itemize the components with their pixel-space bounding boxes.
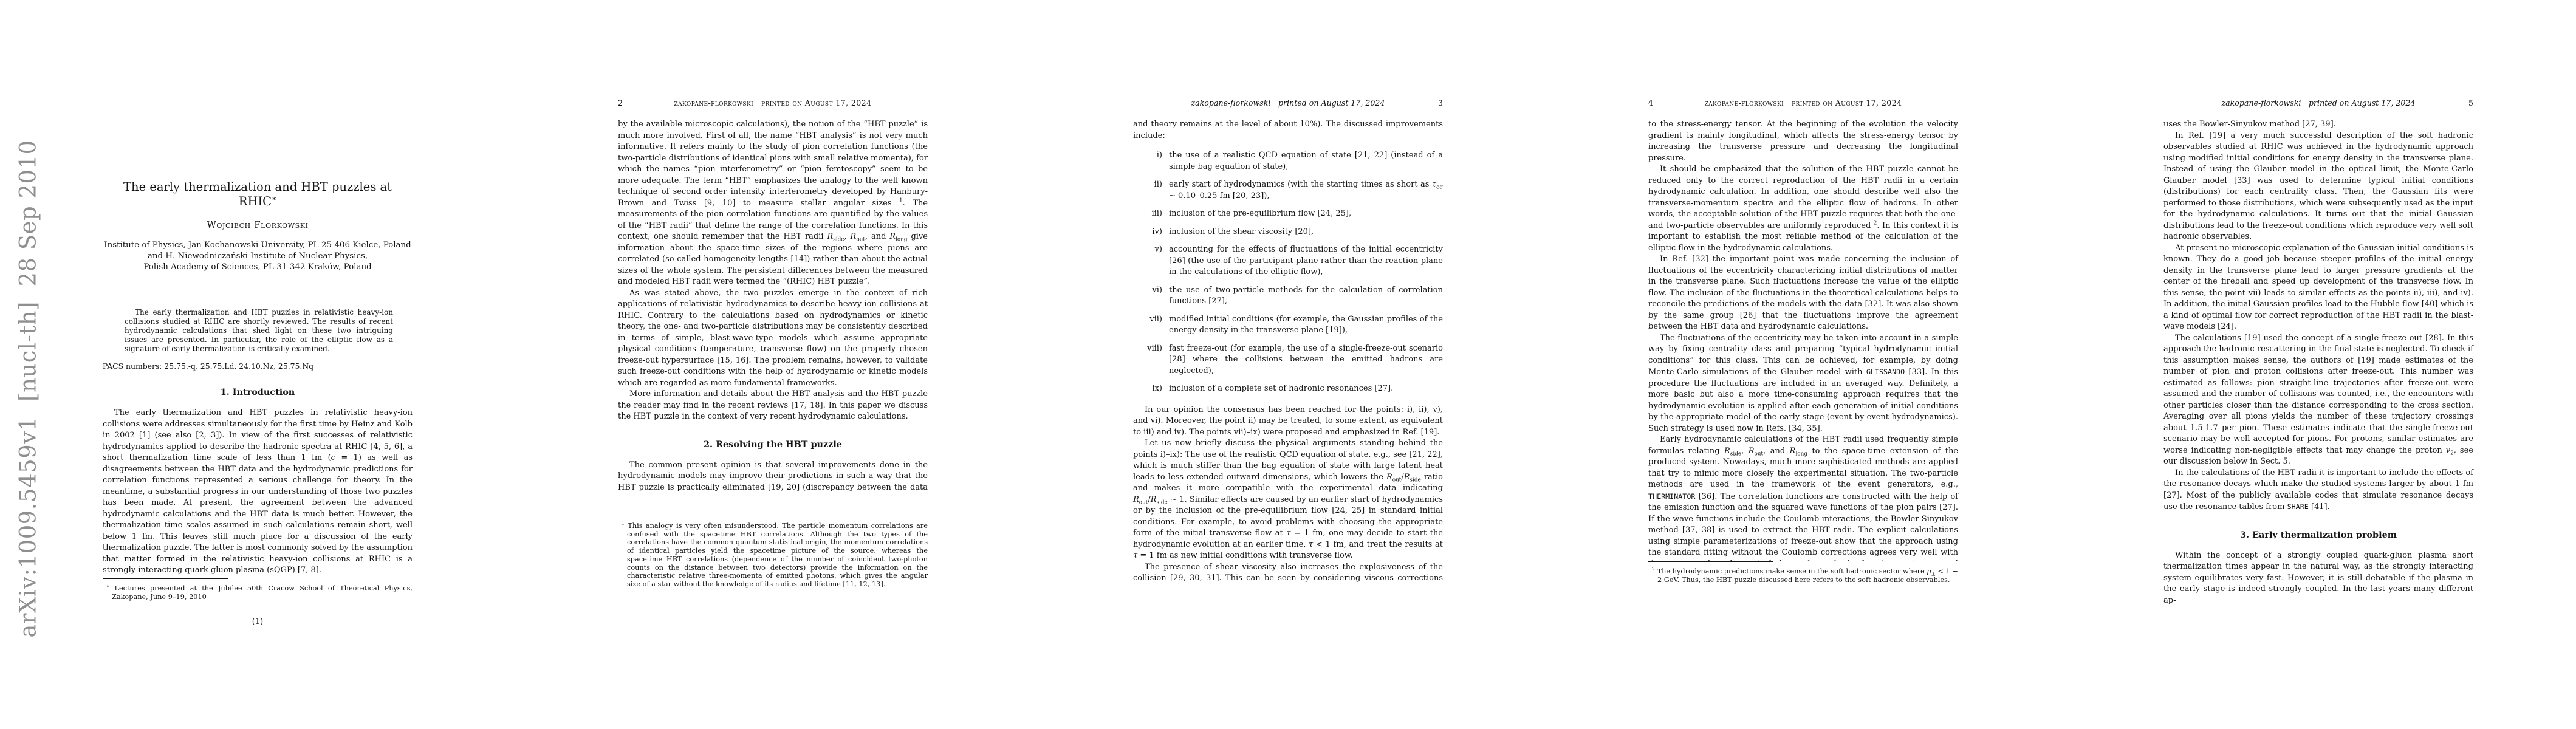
footnote-block: 1 This analogy is very often misundersto…	[618, 516, 928, 589]
list-item-label: vii)	[1133, 314, 1169, 337]
affiliation-line: and H. Niewodniczański Institute of Nucl…	[103, 251, 413, 262]
list-item-text: the use of a realistic QCD equation of s…	[1169, 150, 1443, 173]
paper-title: The early thermalization and HBT puzzles…	[103, 180, 413, 209]
paragraph: by the available microscopic calculation…	[618, 119, 928, 288]
list-item-label: vi)	[1133, 285, 1169, 307]
list-item-label: ix)	[1133, 383, 1169, 395]
list-item: v) accounting for the effects of fluctua…	[1133, 244, 1443, 278]
list-item: iv) inclusion of the shear viscosity [20…	[1133, 227, 1443, 238]
paragraph: The presence of shear viscosity also inc…	[1133, 562, 1443, 584]
running-head: 2 zakopane-florkowski printed on August …	[618, 98, 928, 108]
list-item-text: inclusion of a complete set of hadronic …	[1169, 383, 1443, 395]
running-head-text: zakopane-florkowski printed on August 17…	[2189, 98, 2448, 108]
running-head: zakopane-florkowski printed on August 17…	[1133, 98, 1443, 108]
list-item: ii) early start of hydrodynamics (with t…	[1133, 179, 1443, 202]
footnote: 1 This analogy is very often misundersto…	[618, 522, 928, 589]
paragraph: Let us now briefly discuss the physical …	[1133, 438, 1443, 562]
paragraph: More information and details about the H…	[618, 389, 928, 423]
author-name: Wojciech Florkowski	[103, 219, 413, 230]
page-number: 4	[1648, 98, 1674, 108]
paragraph: to the stress-energy tensor. At the begi…	[1648, 119, 1958, 164]
paragraph: uses the Bowler-Sinyukov method [27, 39]…	[2163, 119, 2473, 131]
affiliation: Institute of Physics, Jan Kochanowski Un…	[103, 240, 413, 273]
paragraph: At present no microscopic explanation of…	[2163, 243, 2473, 333]
running-head: 4 zakopane-florkowski printed on August …	[1648, 98, 1958, 108]
list-item-text: modified initial conditions (for example…	[1169, 314, 1443, 337]
paragraph: In Ref. [32] the important point was mad…	[1648, 254, 1958, 333]
section-heading-introduction: 1. Introduction	[103, 387, 413, 397]
paragraph: The fluctuations of the eccentricity may…	[1648, 333, 1958, 435]
paragraph: The early thermalization and HBT puzzles…	[103, 408, 413, 577]
paragraph: The calculations [19] used the concept o…	[2163, 333, 2473, 468]
list-item-label: ii)	[1133, 179, 1169, 202]
page-4: 4 zakopane-florkowski printed on August …	[1546, 0, 2061, 729]
running-head: zakopane-florkowski printed on August 17…	[2163, 98, 2473, 108]
list-item-label: viii)	[1133, 343, 1169, 377]
page-footer-number: (1)	[0, 617, 515, 626]
page-3: zakopane-florkowski printed on August 17…	[1030, 0, 1546, 729]
list-item: vi) the use of two-particle methods for …	[1133, 285, 1443, 307]
list-item-text: the use of two-particle methods for the …	[1169, 285, 1443, 307]
paragraph: The common present opinion is that sever…	[618, 460, 928, 494]
paragraph: and theory remains at the level of about…	[1133, 119, 1443, 142]
page-5: zakopane-florkowski printed on August 17…	[2061, 0, 2576, 729]
page-1: arXiv:1009.5459v1 [nucl-th] 28 Sep 2010 …	[0, 0, 515, 729]
list-item-label: v)	[1133, 244, 1169, 278]
page-number: 5	[2448, 98, 2473, 108]
list-item-text: accounting for the effects of fluctuatio…	[1169, 244, 1443, 278]
paragraph: It should be emphasized that the solutio…	[1648, 164, 1958, 254]
list-item-label: iii)	[1133, 208, 1169, 220]
page-number: 2	[618, 98, 643, 108]
list-item-text: fast freeze-out (for example, the use of…	[1169, 343, 1443, 377]
list-item-text: early start of hydrodynamics (with the s…	[1169, 179, 1443, 202]
footnote-rule	[618, 516, 743, 516]
pacs-line: PACS numbers: 25.75.-q, 25.75.Ld, 24.10.…	[103, 361, 413, 371]
footnote-rule	[1648, 561, 1773, 562]
page-number: 3	[1417, 98, 1443, 108]
abstract: The early thermalization and HBT puzzles…	[125, 308, 393, 354]
footnote: ∗ Lectures presented at the Jubilee 50th…	[103, 584, 413, 601]
running-head-text: zakopane-florkowski printed on August 17…	[1159, 98, 1417, 108]
list-item-label: i)	[1133, 150, 1169, 173]
section-heading-early-thermalization: 3. Early thermalization problem	[2163, 530, 2473, 540]
paragraph: As was stated above, the two puzzles eme…	[618, 288, 928, 389]
footnote-block: 2 The hydrodynamic predictions make sens…	[1648, 561, 1958, 584]
affiliation-line: Polish Academy of Sciences, PL-31-342 Kr…	[103, 262, 413, 273]
paragraph: In the calculations of the HBT radii it …	[2163, 468, 2473, 513]
list-item: i) the use of a realistic QCD equation o…	[1133, 150, 1443, 173]
running-head-text: zakopane-florkowski printed on August 17…	[643, 98, 902, 108]
list-item: iii) inclusion of the pre-equilibrium fl…	[1133, 208, 1443, 220]
footnote-block: ∗ Lectures presented at the Jubilee 50th…	[103, 578, 413, 601]
list-item: ix) inclusion of a complete set of hadro…	[1133, 383, 1443, 395]
page-2: 2 zakopane-florkowski printed on August …	[515, 0, 1030, 729]
list-item: vii) modified initial conditions (for ex…	[1133, 314, 1443, 337]
paragraph: In Ref. [19] a very much successful desc…	[2163, 131, 2473, 243]
paragraph: Early hydrodynamic calculations of the H…	[1648, 434, 1958, 570]
list-item-text: inclusion of the shear viscosity [20],	[1169, 227, 1443, 238]
paragraph: In our opinion the consensus has been re…	[1133, 405, 1443, 439]
improvements-list: i) the use of a realistic QCD equation o…	[1133, 150, 1443, 395]
affiliation-line: Institute of Physics, Jan Kochanowski Un…	[103, 240, 413, 251]
paper-pages-strip: arXiv:1009.5459v1 [nucl-th] 28 Sep 2010 …	[0, 0, 2576, 729]
footnote: 2 The hydrodynamic predictions make sens…	[1648, 567, 1958, 584]
section-heading-resolving-hbt: 2. Resolving the HBT puzzle	[618, 439, 928, 450]
arxiv-watermark: arXiv:1009.5459v1 [nucl-th] 28 Sep 2010	[15, 140, 41, 637]
list-item-text: inclusion of the pre-equilibrium flow [2…	[1169, 208, 1443, 220]
paragraph: Within the concept of a strongly coupled…	[2163, 550, 2473, 607]
footnote-rule	[103, 578, 228, 579]
list-item-label: iv)	[1133, 227, 1169, 238]
list-item: viii) fast freeze-out (for example, the …	[1133, 343, 1443, 377]
running-head-text: zakopane-florkowski printed on August 17…	[1674, 98, 1933, 108]
